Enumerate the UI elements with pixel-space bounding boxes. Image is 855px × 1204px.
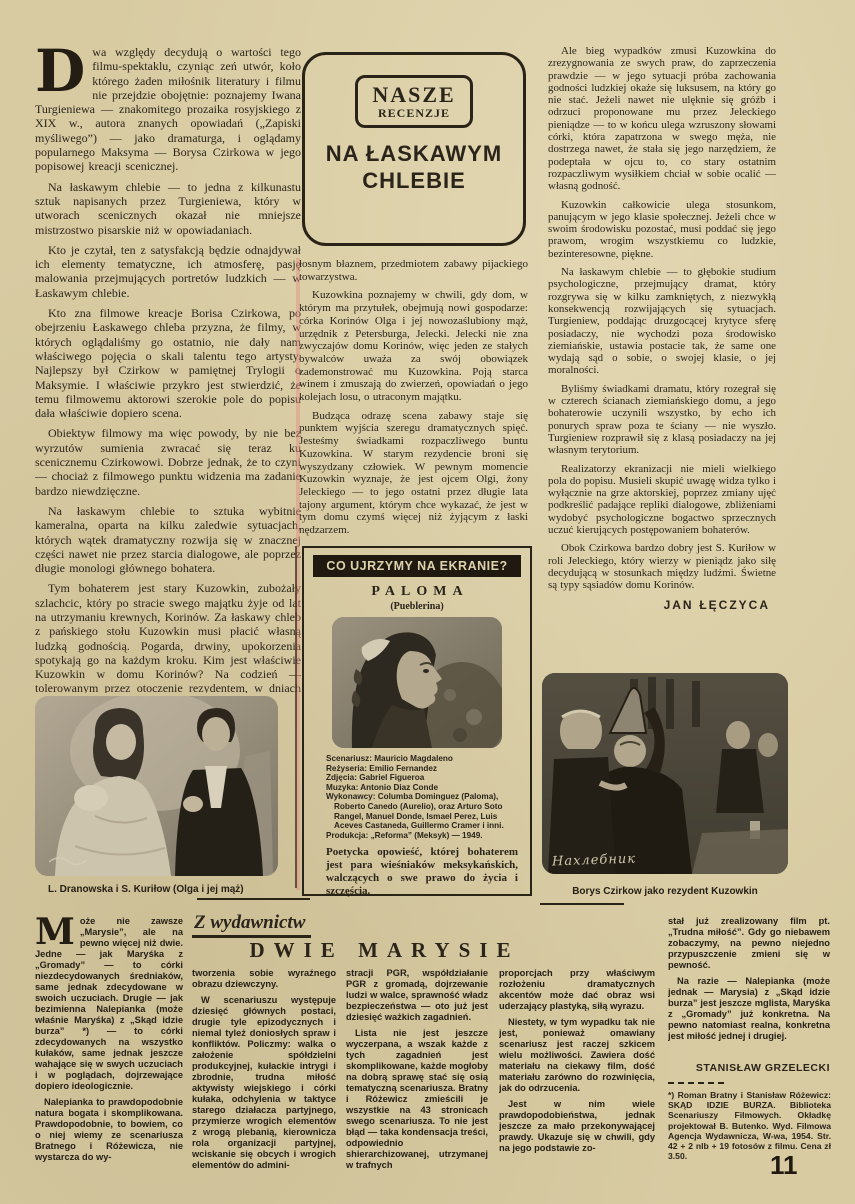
publications-article-title: DWIE MARYSIE (230, 938, 530, 963)
paragraph: Może nie zawsze „Marysie”, ale na pewno … (35, 916, 183, 1092)
credit-line: Muzyka: Antonio Diaz Conde (326, 783, 520, 793)
paragraph: Tym bohaterem jest stary Kuzowkin, zuboż… (35, 581, 301, 693)
paragraph: Kuzowkin całkowicie ulega stosunkom, pan… (548, 199, 776, 260)
paragraph: Na łaskawym chlebie — to głębokie studiu… (548, 266, 776, 377)
paragraph: Lista nie jest jeszcze wyczerpana, a wsz… (346, 1028, 488, 1171)
publications-column-3: stracji PGR, współdziałanie PGR z gromad… (346, 968, 488, 1200)
paragraph: Kto je czytał, ten z satysfakcją będzie … (35, 243, 301, 300)
paloma-still-photo (332, 617, 502, 748)
paragraph: Byliśmy świadkami dramatu, który rozegra… (548, 383, 776, 457)
horizontal-rule-segment (197, 898, 310, 900)
screen-box-banner: CO UJRZYMY NA EKRANIE? (313, 555, 521, 577)
publications-column-1: Może nie zawsze „Marysie”, ale na pewno … (35, 916, 183, 1198)
logo-text-top: NASZE (372, 84, 455, 106)
credit-line: Wykonawcy: Columba Dominguez (Paloma), R… (326, 792, 520, 830)
photo-right-caption: Borys Czirkow jako rezydent Kuzowkin (560, 886, 770, 897)
film-credits: Scenariusz: Mauricio Magdaleno Reżyseria… (326, 754, 520, 840)
paragraph: stał już zrealizowany film pt. „Trudna m… (668, 916, 830, 971)
credit-line: Reżyseria: Emilio Fernandez (326, 764, 520, 774)
photo-right-illustration (542, 673, 788, 874)
still-photo-olga-and-husband (35, 696, 278, 876)
publications-column-4: proporcjach przy właściwym rozłożeniu dr… (499, 968, 655, 1200)
publications-column-2: tworzenia sobie wyraźnego obrazu dziewcz… (192, 968, 336, 1200)
paragraph: Niestety, w tym wypadku tak nie jest, po… (499, 1017, 655, 1094)
footnote-separator (668, 1082, 724, 1084)
paragraph: Nalepianka to prawdopodobnie natura boga… (35, 1097, 183, 1163)
screen-preview-box: CO UJRZYMY NA EKRANIE? PALOMA (Pueblerin… (302, 546, 532, 896)
paragraph: proporcjach przy właściwym rozłożeniu dr… (499, 968, 655, 1012)
paloma-photo-illustration (332, 617, 502, 748)
paragraph: tworzenia sobie wyraźnego obrazu dziewcz… (192, 968, 336, 990)
paragraph: W scenariuszu występuje dziesięć głównyc… (192, 995, 336, 1171)
review-header-box: NASZE RECENZJE NA ŁASKAWYM CHLEBIE (302, 52, 526, 246)
paragraph: stracji PGR, współdziałanie PGR z gromad… (346, 968, 488, 1023)
paragraph: Dwa względy decydują o wartości tego fil… (35, 45, 301, 174)
film-subtitle: (Pueblerina) (304, 601, 530, 612)
paragraph: Obok Czirkowa bardzo dobry jest S. Kurił… (548, 542, 776, 591)
photo-left-illustration (35, 696, 278, 876)
paragraph: Jest w nim wiele prawdopodobieństwa, jed… (499, 1099, 655, 1154)
author-byline: JAN ŁĘCZYCA (548, 599, 776, 611)
paragraph: Ale bieg wypadków zmusi Kuzowkina do zre… (548, 45, 776, 193)
paragraph: Budząca odrazę scena zabawy staje się pu… (299, 410, 528, 537)
paragraph: Kuzowkina poznajemy w chwili, gdy dom, w… (299, 289, 528, 403)
nasze-recenzje-logo: NASZE RECENZJE (355, 75, 472, 128)
credit-line: Scenariusz: Mauricio Magdaleno (326, 754, 520, 764)
paragraph: Na łaskawym chlebie to sztuka wybitnie k… (35, 504, 301, 575)
film-synopsis: Poetycka opowieść, której bohaterem jest… (326, 846, 518, 897)
credit-line: Zdjęcia: Gabriel Figueroa (326, 773, 520, 783)
review-column-right: Ale bieg wypadków zmusi Kuzowkina do zre… (548, 45, 776, 670)
review-title: NA ŁASKAWYM CHLEBIE (305, 140, 523, 194)
horizontal-rule-segment (540, 903, 624, 905)
publications-section-label: Z wydawnictw (192, 912, 311, 938)
paragraph: Na razie — Nalepianka (może jednak — Mar… (668, 976, 830, 1042)
magazine-page: Dwa względy decydują o wartości tego fil… (0, 0, 855, 1204)
paragraph: Kto zna filmowe kreacje Borisa Czirkowa,… (35, 306, 301, 420)
dropcap-m: M (35, 916, 80, 947)
column-divider-rule (295, 546, 297, 888)
photo-left-caption: L. Dranowska i S. Kuriłow (Olga i jej mą… (48, 884, 283, 895)
dropcap-d: D (35, 45, 92, 94)
publications-author-byline: STANISŁAW GRZELECKI (622, 1062, 830, 1074)
paragraph: łosnym błaznem, przedmiotem zabawy pijac… (299, 258, 528, 283)
logo-text-bottom: RECENZJE (372, 106, 455, 120)
review-column-middle: łosnym błaznem, przedmiotem zabawy pijac… (299, 258, 528, 542)
still-photo-kuzowkin: Нахлебник (542, 673, 788, 874)
photo-handwritten-label: Нахлебник (552, 852, 637, 870)
paragraph: Obiektyw filmowy ma więc powody, by nie … (35, 426, 301, 497)
film-title: PALOMA (304, 584, 530, 600)
paragraph: Realizatorzy ekranizacji nie mieli wielk… (548, 463, 776, 537)
footnote-text: *) Roman Bratny i Stanisław Różewicz: SK… (668, 1090, 831, 1161)
page-number: 11 (770, 1150, 798, 1181)
review-column-left: Dwa względy decydują o wartości tego fil… (35, 45, 301, 693)
credit-line: Produkcja: „Reforma” (Meksyk) — 1949. (326, 831, 520, 841)
paragraph: Na łaskawym chlebie — to jedna z kilkuna… (35, 180, 301, 237)
